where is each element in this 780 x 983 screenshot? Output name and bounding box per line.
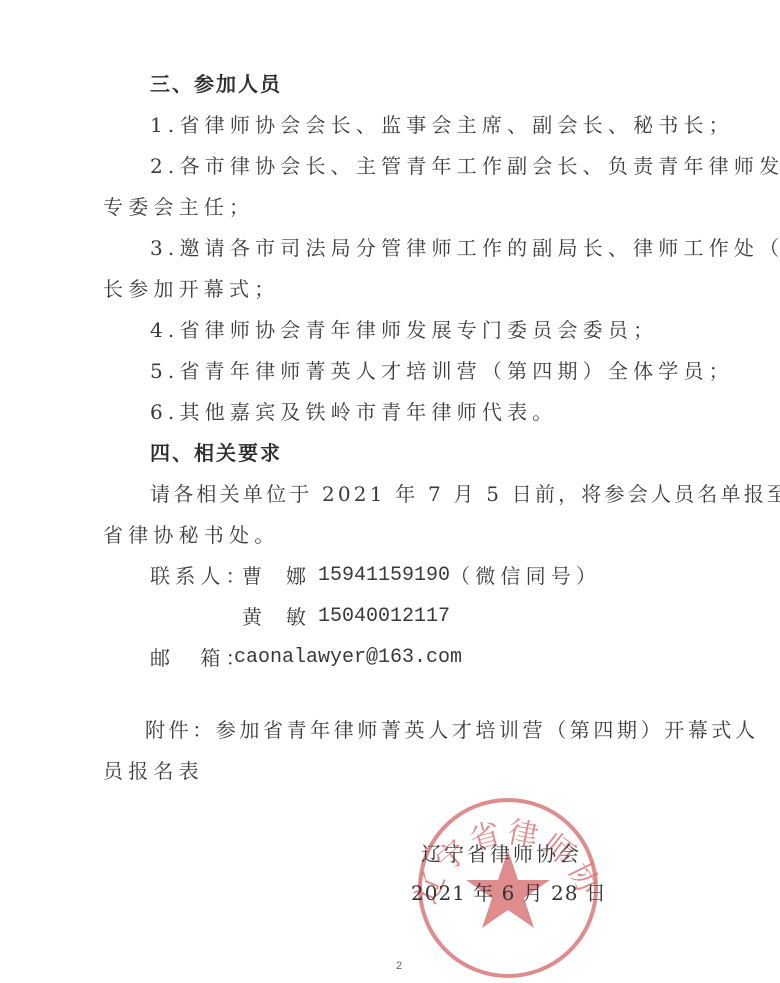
contact-1-phone: 15941159190 [318, 564, 450, 588]
contact-label: 联系人： [150, 564, 251, 588]
section-heading-requirements: 四、相关要求 [150, 441, 282, 465]
participant-item-2: 2.各市律协会长、主管青年工作副会长、负责青年律师发展 [150, 154, 780, 178]
requirements-paragraph-cont: 省律协秘书处。 [103, 523, 279, 547]
contact-2-name: 黄 敏 [242, 605, 308, 629]
participant-item-4: 4.省律师协会青年律师发展专门委员会委员； [150, 318, 658, 342]
section-heading-participants: 三、参加人员 [150, 72, 282, 96]
signature-date: 2021 年 6 月 28 日 [411, 877, 607, 906]
requirements-paragraph: 请各相关单位于 2021 年 7 月 5 日前，将参会人员名单报至 [150, 482, 780, 506]
participant-item-2-cont: 专委会主任； [103, 195, 254, 219]
participant-item-1: 1.省律师协会会长、监事会主席、副会长、秘书长； [150, 113, 734, 137]
attachment-line-cont: 员报名表 [103, 759, 204, 783]
email-value: caonalawyer@163.com [234, 646, 462, 670]
contact-1-name: 曹 娜 [242, 564, 308, 588]
participant-item-3-cont: 长参加开幕式； [103, 277, 279, 301]
participant-item-6: 6.其他嘉宾及铁岭市青年律师代表。 [150, 400, 557, 424]
attachment-line: 附件：参加省青年律师菁英人才培训营（第四期）开幕式人 [145, 718, 759, 742]
contact-2-phone: 15040012117 [318, 605, 450, 629]
document-page: 三、参加人员 1.省律师协会会长、监事会主席、副会长、秘书长； 2.各市律协会长… [0, 0, 780, 983]
participant-item-3: 3.邀请各市司法局分管律师工作的副局长、律师工作处（科） [150, 236, 780, 260]
page-number: 2 [396, 960, 402, 972]
participant-item-5: 5.省青年律师菁英人才培训营（第四期）全体学员； [150, 359, 734, 383]
contact-1-note: （微信同号） [450, 564, 601, 588]
signature-org: 辽宁省律师协会 [421, 838, 582, 867]
